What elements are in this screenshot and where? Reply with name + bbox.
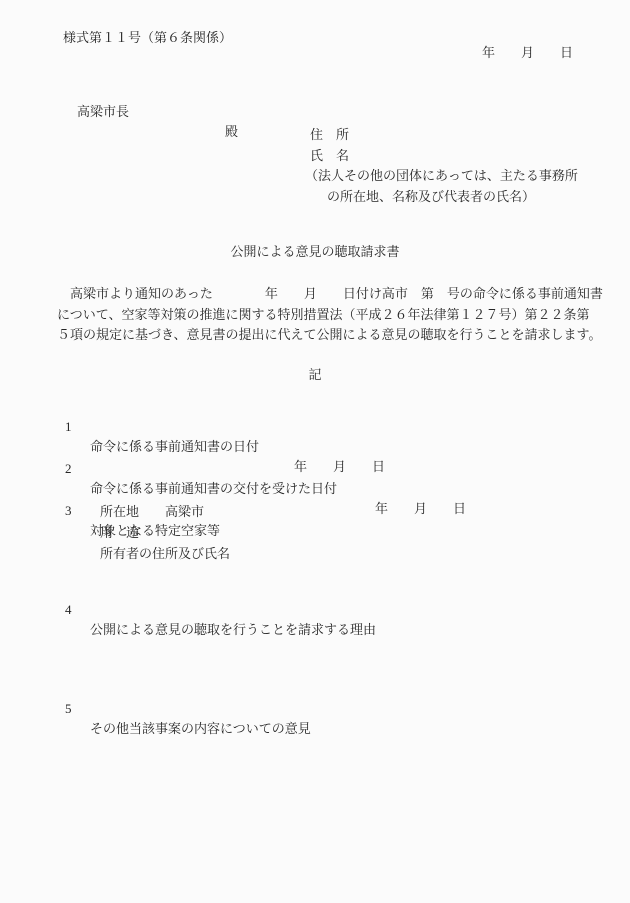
list-item-3: 3 対象となる特定空家等 bbox=[0, 481, 630, 501]
list-item-4: 4 公開による意見の聴取を行うことを請求する理由 bbox=[0, 580, 630, 600]
addressee-honorific: 殿 bbox=[225, 122, 238, 142]
corporate-note-line2: の所在地、名称及び代表者の氏名） bbox=[327, 187, 535, 207]
addressee-line: 高梁市長 殿 bbox=[0, 82, 630, 102]
list-header: 記 bbox=[0, 365, 630, 385]
list-item-1: 1 命令に係る事前通知書の日付 年 月 日 bbox=[0, 397, 630, 417]
form-number: 様式第１１号（第６条関係） bbox=[63, 28, 232, 48]
sub-item-use: 用 途 bbox=[100, 523, 139, 543]
list-item-2: 2 命令に係る事前通知書の交付を受けた日付 年 月 日 bbox=[0, 439, 630, 459]
item-number: 1 bbox=[65, 417, 72, 437]
applicant-name-label: 氏 名 bbox=[310, 146, 349, 166]
document-page: 様式第１１号（第６条関係） 年 月 日 高梁市長 殿 住 所 氏 名 （法人その… bbox=[0, 0, 630, 903]
document-title: 公開による意見の聴取請求書 bbox=[0, 242, 630, 262]
item-number: 2 bbox=[65, 459, 72, 479]
list-item-5: 5 その他当該事案の内容についての意見 bbox=[0, 679, 630, 699]
sub-item-owner: 所有者の住所及び氏名 bbox=[100, 544, 230, 564]
item-label: その他当該事案の内容についての意見 bbox=[90, 719, 311, 739]
item-date-blanks: 年 月 日 bbox=[375, 499, 466, 519]
body-paragraph: 高梁市より通知のあった 年 月 日付け高市 第 号の命令に係る事前通知書 につい… bbox=[57, 284, 603, 346]
item-number: 5 bbox=[65, 699, 72, 719]
corporate-note-line1: （法人その他の団体にあっては、主たる事務所 bbox=[305, 166, 578, 186]
addressee-name: 高梁市長 bbox=[77, 102, 129, 122]
sub-item-location: 所在地 高梁市 bbox=[100, 502, 204, 522]
item-number: 3 bbox=[65, 501, 72, 521]
item-label: 公開による意見の聴取を行うことを請求する理由 bbox=[90, 620, 376, 640]
item-number: 4 bbox=[65, 600, 72, 620]
applicant-address-label: 住 所 bbox=[310, 125, 349, 145]
header-date-blanks: 年 月 日 bbox=[482, 43, 573, 63]
item-date-blanks: 年 月 日 bbox=[294, 457, 385, 477]
